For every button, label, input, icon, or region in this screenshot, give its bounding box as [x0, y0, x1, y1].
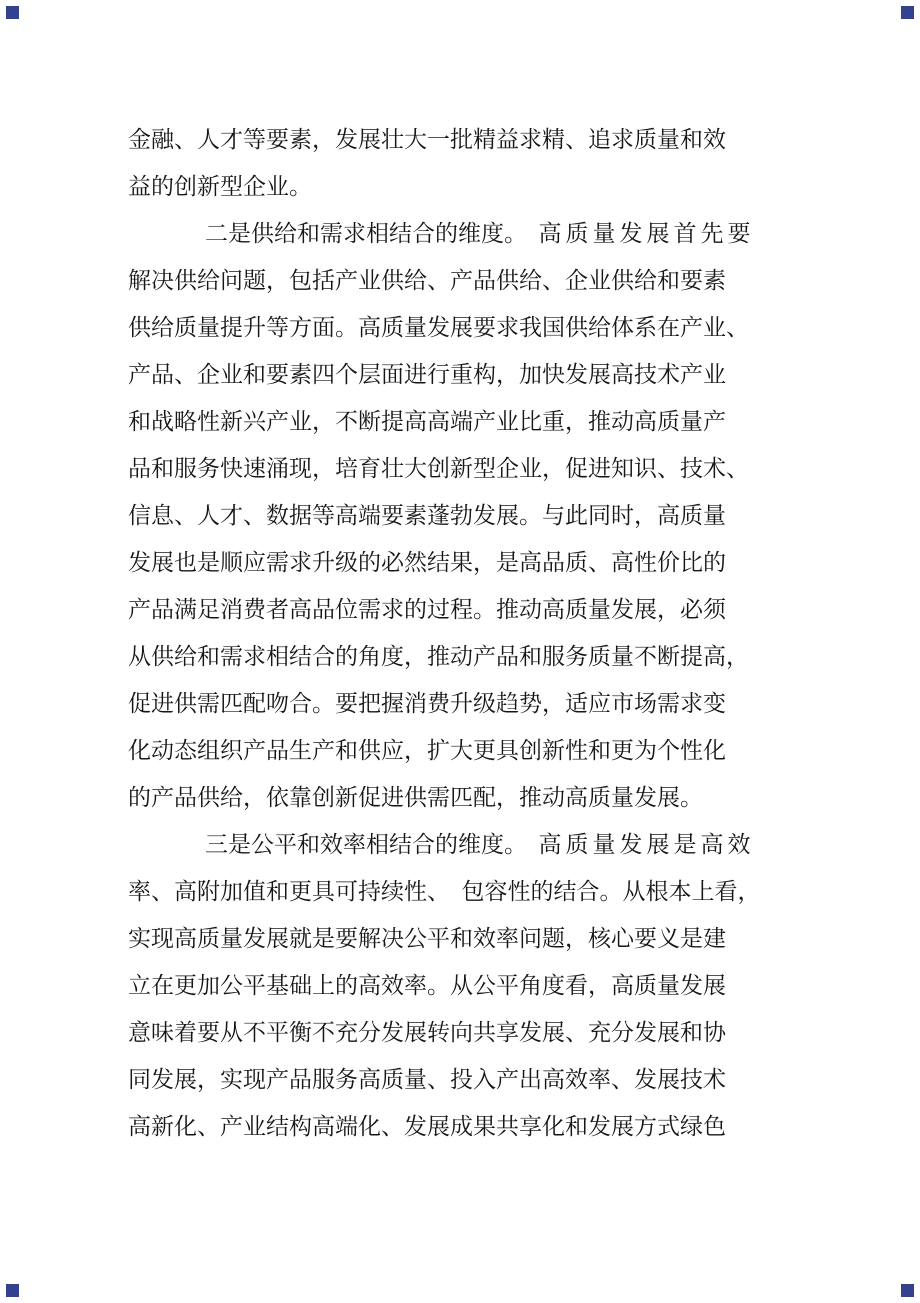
text-line: 同发展，实现产品服务高质量、投入产出高效率、发展技术 [128, 1056, 808, 1103]
corner-marker-bottom-right [901, 1284, 914, 1297]
text-line: 发展也是顺应需求升级的必然结果，是高品质、高性价比的 [128, 539, 808, 586]
lead-continuation: 高质量发展是高效 [539, 831, 755, 857]
text-line: 供给质量提升等方面。高质量发展要求我国供给体系在产业、 [128, 304, 808, 351]
text-line: 促进供需匹配吻合。要把握消费升级趋势，适应市场需求变 [128, 680, 808, 727]
corner-marker-bottom-left [6, 1284, 19, 1297]
text-line: 化动态组织产品生产和供应，扩大更具创新性和更为个性化 [128, 727, 808, 774]
lead-continuation: 高质量发展首先要 [539, 220, 755, 246]
text-line: 实现高质量发展就是要解决公平和效率问题，核心要义是建 [128, 915, 808, 962]
text-line: 和战略性新兴产业，不断提高高端产业比重，推动高质量产 [128, 398, 808, 445]
document-page: 金融、人才等要素，发展壮大一批精益求精、追求质量和效益的创新型企业。二是供给和需… [0, 0, 920, 1303]
text-line: 三是公平和效率相结合的维度。 高质量发展是高效 [128, 821, 808, 868]
text-line: 产品、企业和要素四个层面进行重构，加快发展高技术产业 [128, 351, 808, 398]
lead-sentence: 二是供给和需求相结合的维度。 [205, 220, 539, 246]
text-line: 产品满足消费者高品位需求的过程。推动高质量发展，必须 [128, 586, 808, 633]
text-line: 从供给和需求相结合的角度，推动产品和服务质量不断提高， [128, 633, 808, 680]
document-lines: 金融、人才等要素，发展壮大一批精益求精、追求质量和效益的创新型企业。二是供给和需… [128, 116, 808, 1150]
text-line: 率、高附加值和更具可持续性、 包容性的结合。从根本上看， [128, 868, 808, 915]
text-line: 高新化、产业结构高端化、发展成果共享化和发展方式绿色 [128, 1103, 808, 1150]
text-line: 信息、人才、数据等高端要素蓬勃发展。与此同时，高质量 [128, 492, 808, 539]
text-line: 二是供给和需求相结合的维度。 高质量发展首先要 [128, 210, 808, 257]
text-line: 的产品供给，依靠创新促进供需匹配，推动高质量发展。 [128, 774, 808, 821]
lead-sentence: 三是公平和效率相结合的维度。 [205, 831, 539, 857]
corner-marker-top-left [6, 6, 19, 19]
text-line: 金融、人才等要素，发展壮大一批精益求精、追求质量和效 [128, 116, 808, 163]
text-line: 品和服务快速涌现，培育壮大创新型企业，促进知识、技术、 [128, 445, 808, 492]
text-line: 解决供给问题，包括产业供给、产品供给、企业供给和要素 [128, 257, 808, 304]
text-line: 意味着要从不平衡不充分发展转向共享发展、充分发展和协 [128, 1009, 808, 1056]
text-line: 益的创新型企业。 [128, 163, 808, 210]
corner-marker-top-right [901, 6, 914, 19]
text-line: 立在更加公平基础上的高效率。从公平角度看，高质量发展 [128, 962, 808, 1009]
